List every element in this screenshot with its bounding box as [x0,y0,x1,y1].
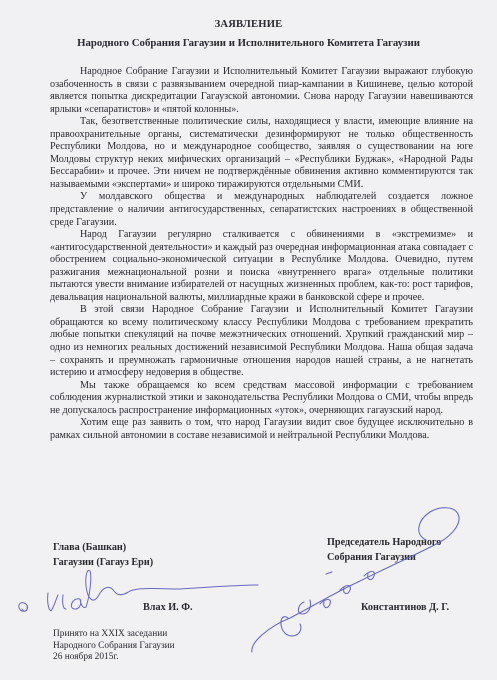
signatory-right-name: Константинов Д. Г. [361,602,449,613]
document-subtitle: Народного Собрания Гагаузии и Исполнител… [0,37,497,49]
signatory-right-title: Председатель Народного Собрания Гагаузии [327,536,441,565]
signatory-left-name: Влах И. Ф. [143,602,193,613]
adoption-line1: Принято на XXIX заседании [53,629,175,641]
paragraph: Мы также обращаемся ко всем средствам ма… [50,380,473,418]
signature-right-icon [240,500,497,660]
signature-left-icon [0,565,280,625]
paragraph: Хотим еще раз заявить о том, что народ Г… [50,417,473,442]
signatory-left-title-line2: Гагаузии (Гагауз Ери) [53,556,153,571]
document-body: Народное Собрание Гагаузии и Исполнитель… [50,66,473,442]
paragraph: Народ Гагаузии регулярно сталкивается с … [50,229,473,304]
signatory-right-title-line2: Собрания Гагаузии [327,551,441,566]
paragraph: Народное Собрание Гагаузии и Исполнитель… [50,66,473,116]
adoption-line3: 26 ноября 2015г. [53,652,175,664]
signatory-left-title: Глава (Башкан) Гагаузии (Гагауз Ери) [53,541,153,570]
document-page: ЗАЯВЛЕНИЕ Народного Собрания Гагаузии и … [0,0,497,680]
signatory-right-title-line1: Председатель Народного [327,536,441,551]
paragraph: Так, безответственные политические силы,… [50,116,473,191]
signatory-left-title-line1: Глава (Башкан) [53,541,153,556]
document-title: ЗАЯВЛЕНИЕ [0,19,497,30]
paragraph: У молдавского общества и международных н… [50,191,473,229]
adoption-line2: Народного Собрания Гагаузии [53,641,175,653]
adoption-note: Принято на XXIX заседании Народного Собр… [53,629,175,664]
paragraph: В этой связи Народное Собрание Гагаузии … [50,304,473,379]
